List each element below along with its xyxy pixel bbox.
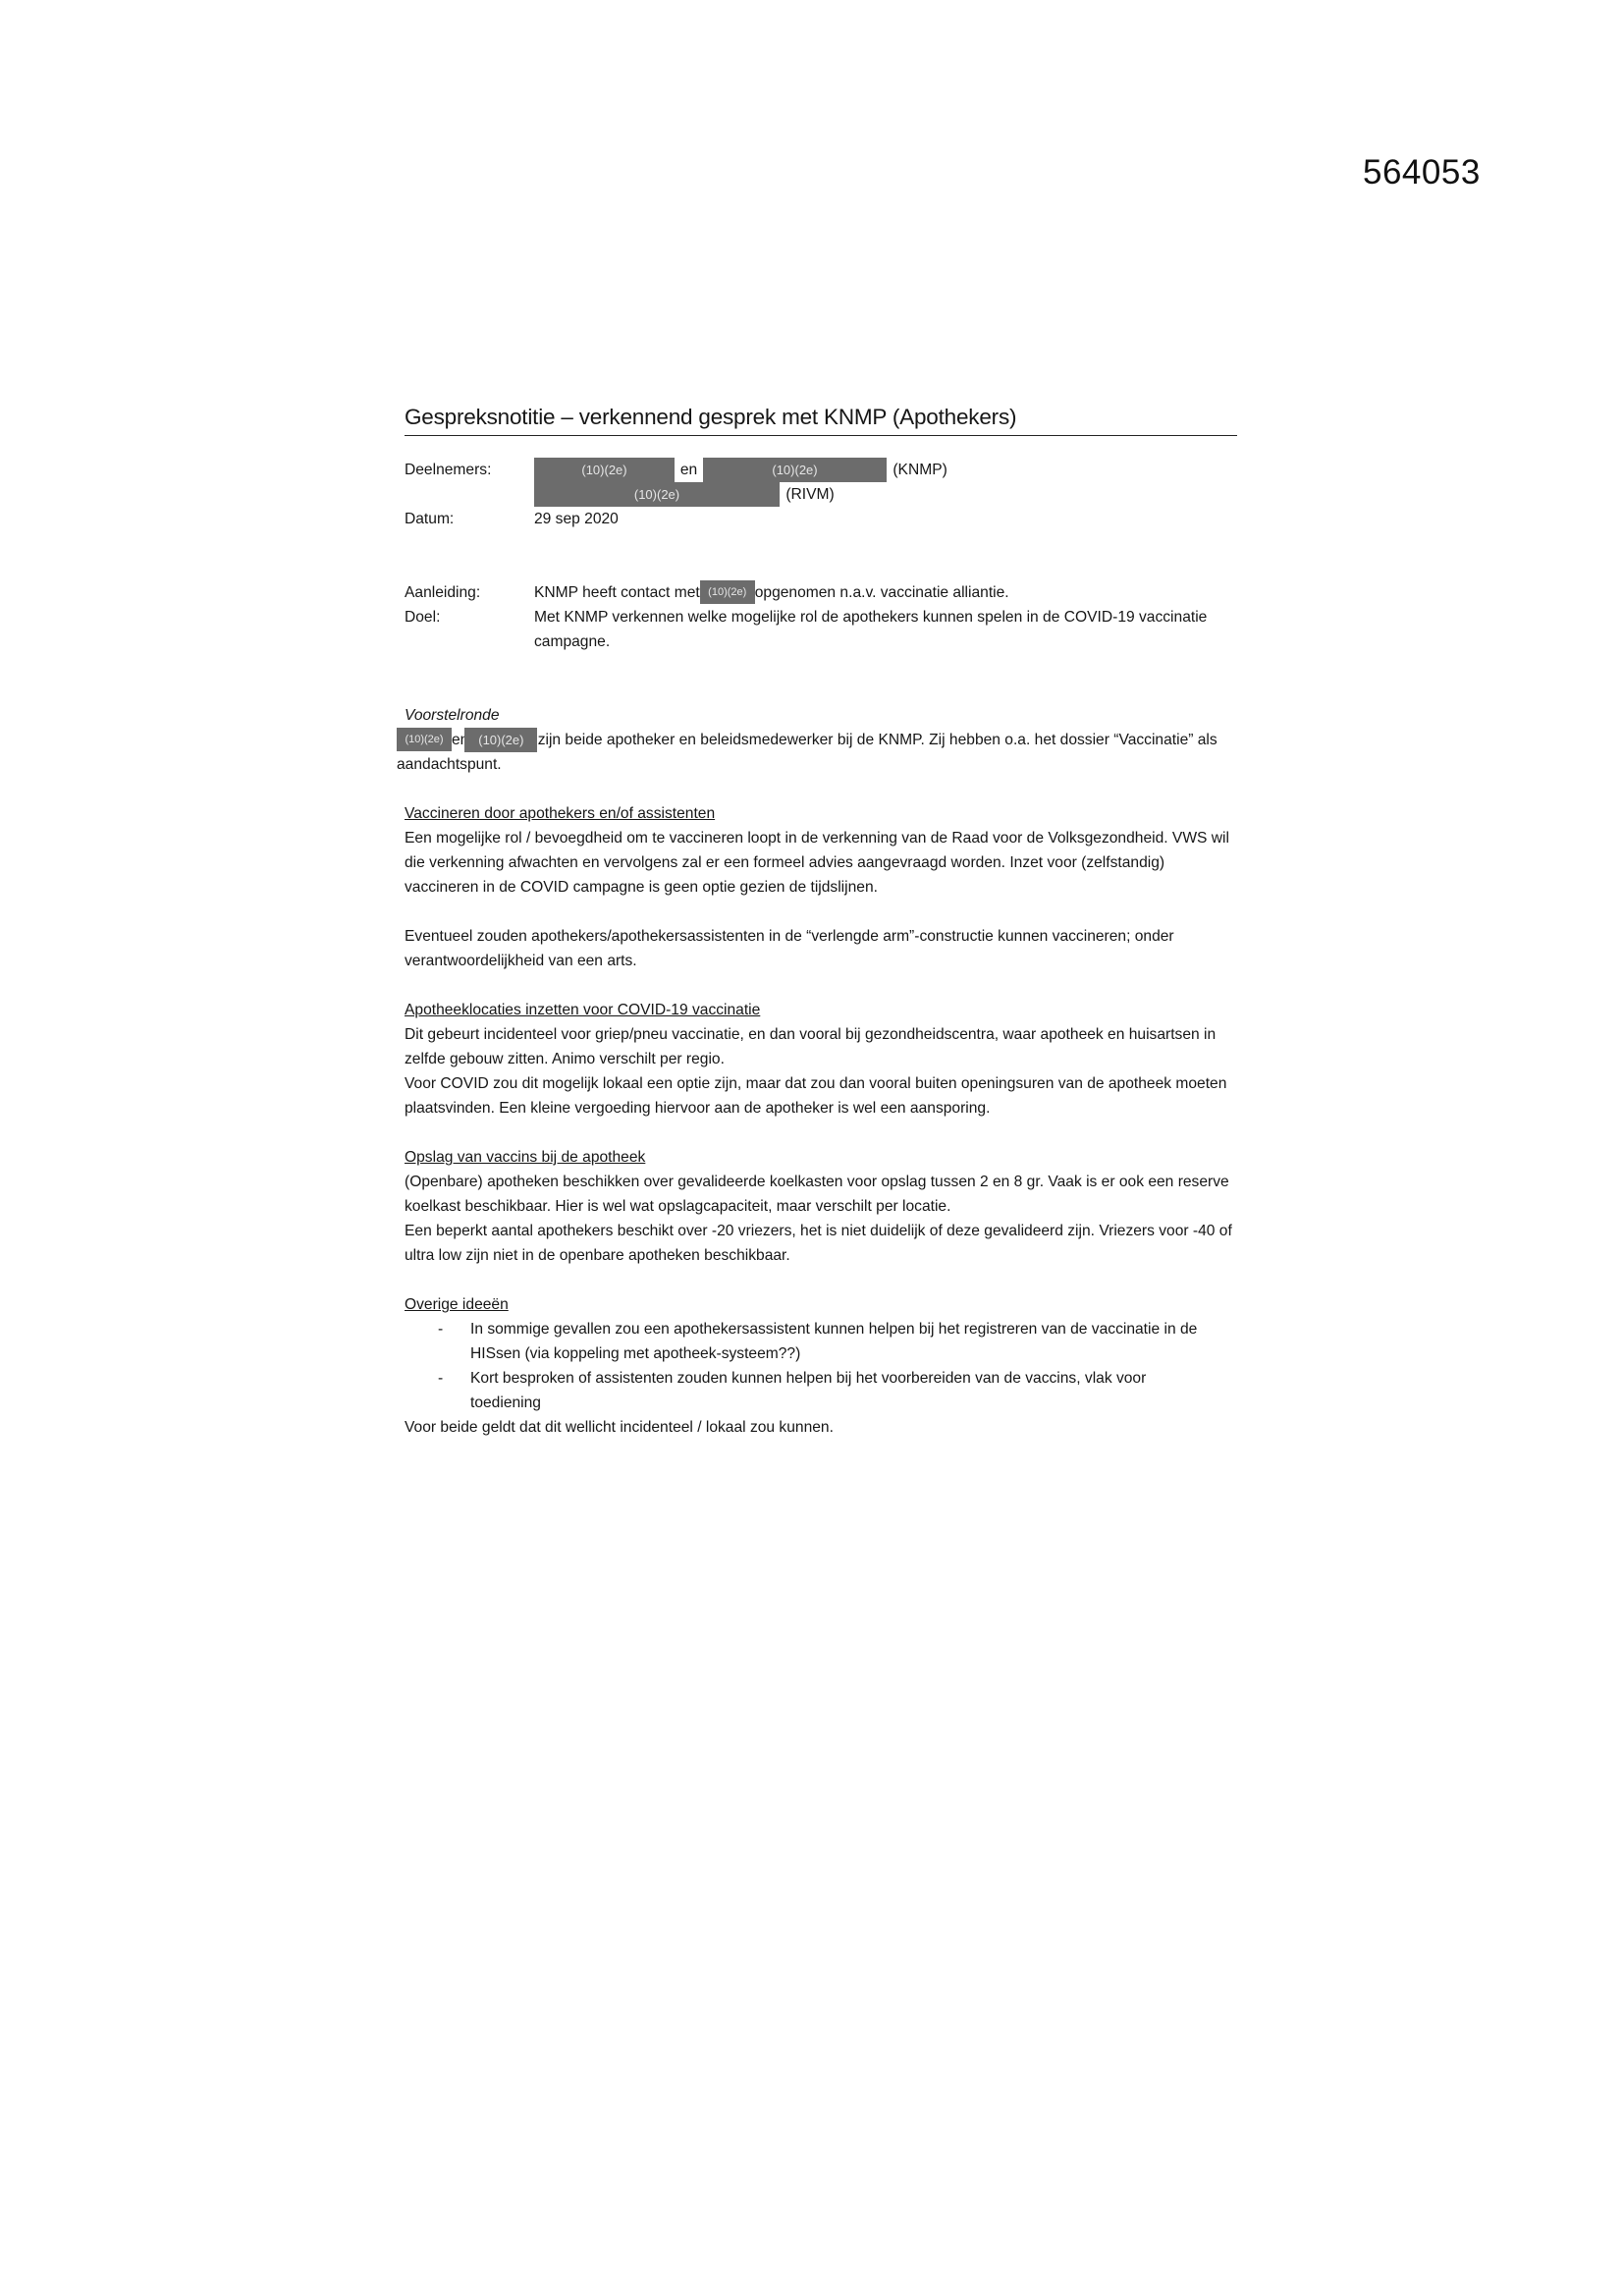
list-item-text: In sommige gevallen zou een apothekersas… — [470, 1317, 1237, 1366]
section-other: Overige ideeën - In sommige gevallen zou… — [405, 1292, 1237, 1440]
goal-value: Met KNMP verkennen welke mogelijke rol d… — [534, 605, 1237, 654]
participants-label: Deelnemers: — [405, 458, 534, 507]
participants-org-rivm: (RIVM) — [785, 486, 834, 503]
reason-label: Aanleiding: — [405, 580, 534, 605]
participants-row: Deelnemers: (10)(2e)en(10)(2e) (KNMP) (1… — [405, 458, 1237, 507]
redacted-name: (10)(2e) — [534, 458, 675, 482]
date-value: 29 sep 2020 — [534, 507, 619, 531]
section-locations: Apotheeklocaties inzetten voor COVID-19 … — [405, 998, 1237, 1121]
redacted-name: (10)(2e) — [700, 580, 755, 604]
date-row: Datum: 29 sep 2020 — [405, 507, 1237, 531]
participants-org-knmp: (KNMP) — [893, 462, 947, 478]
section-storage: Opslag van vaccins bij de apotheek (Open… — [405, 1145, 1237, 1268]
section-heading: Vaccineren door apothekers en/of assiste… — [405, 801, 1237, 826]
section-heading: Overige ideeën — [405, 1292, 1237, 1317]
reason-row: Aanleiding: KNMP heeft contact met(10)(2… — [405, 580, 1237, 605]
list-item: - In sommige gevallen zou een apothekers… — [405, 1317, 1237, 1366]
section-heading: Opslag van vaccins bij de apotheek — [405, 1145, 1237, 1170]
paragraph: (Openbare) apotheken beschikken over gev… — [405, 1170, 1237, 1219]
redacted-name: (10)(2e) — [534, 482, 780, 507]
reason-text-before: KNMP heeft contact met — [534, 584, 700, 601]
list-item-text: Kort besproken of assistenten zouden kun… — [470, 1366, 1237, 1415]
date-label: Datum: — [405, 507, 534, 531]
paragraph: Eventueel zouden apothekers/apothekersas… — [405, 924, 1237, 973]
redacted-name: (10)(2e) — [397, 728, 452, 751]
paragraph: Een mogelijke rol / bevoegdheid om te va… — [405, 826, 1237, 900]
document-page: Gespreksnotitie – verkennend gesprek met… — [405, 403, 1237, 1440]
list-item: - Kort besproken of assistenten zouden k… — [405, 1366, 1237, 1415]
bullet-marker: - — [405, 1317, 470, 1366]
participants-connector: en — [675, 458, 703, 482]
document-number: 564053 — [1363, 153, 1481, 192]
section-heading: Voorstelronde — [405, 703, 1237, 728]
section-heading: Apotheeklocaties inzetten voor COVID-19 … — [405, 998, 1237, 1022]
bullet-marker: - — [405, 1366, 470, 1415]
page-title: Gespreksnotitie – verkennend gesprek met… — [405, 403, 1237, 436]
redacted-name: (10)(2e) — [464, 728, 537, 752]
paragraph: Een beperkt aantal apothekers beschikt o… — [405, 1219, 1237, 1268]
closing-text: Voor beide geldt dat dit wellicht incide… — [405, 1415, 1237, 1440]
section-intro: Voorstelronde (10)(2e)en(10)(2e) zijn be… — [405, 703, 1237, 777]
reason-text-after: opgenomen n.a.v. vaccinatie alliantie. — [755, 584, 1009, 601]
goal-row: Doel: Met KNMP verkennen welke mogelijke… — [405, 605, 1237, 654]
paragraph: Voor COVID zou dit mogelijk lokaal een o… — [405, 1071, 1237, 1121]
section-vaccinating: Vaccineren door apothekers en/of assiste… — [405, 801, 1237, 973]
paragraph: Dit gebeurt incidenteel voor griep/pneu … — [405, 1022, 1237, 1071]
goal-label: Doel: — [405, 605, 534, 654]
redacted-name: (10)(2e) — [703, 458, 887, 482]
